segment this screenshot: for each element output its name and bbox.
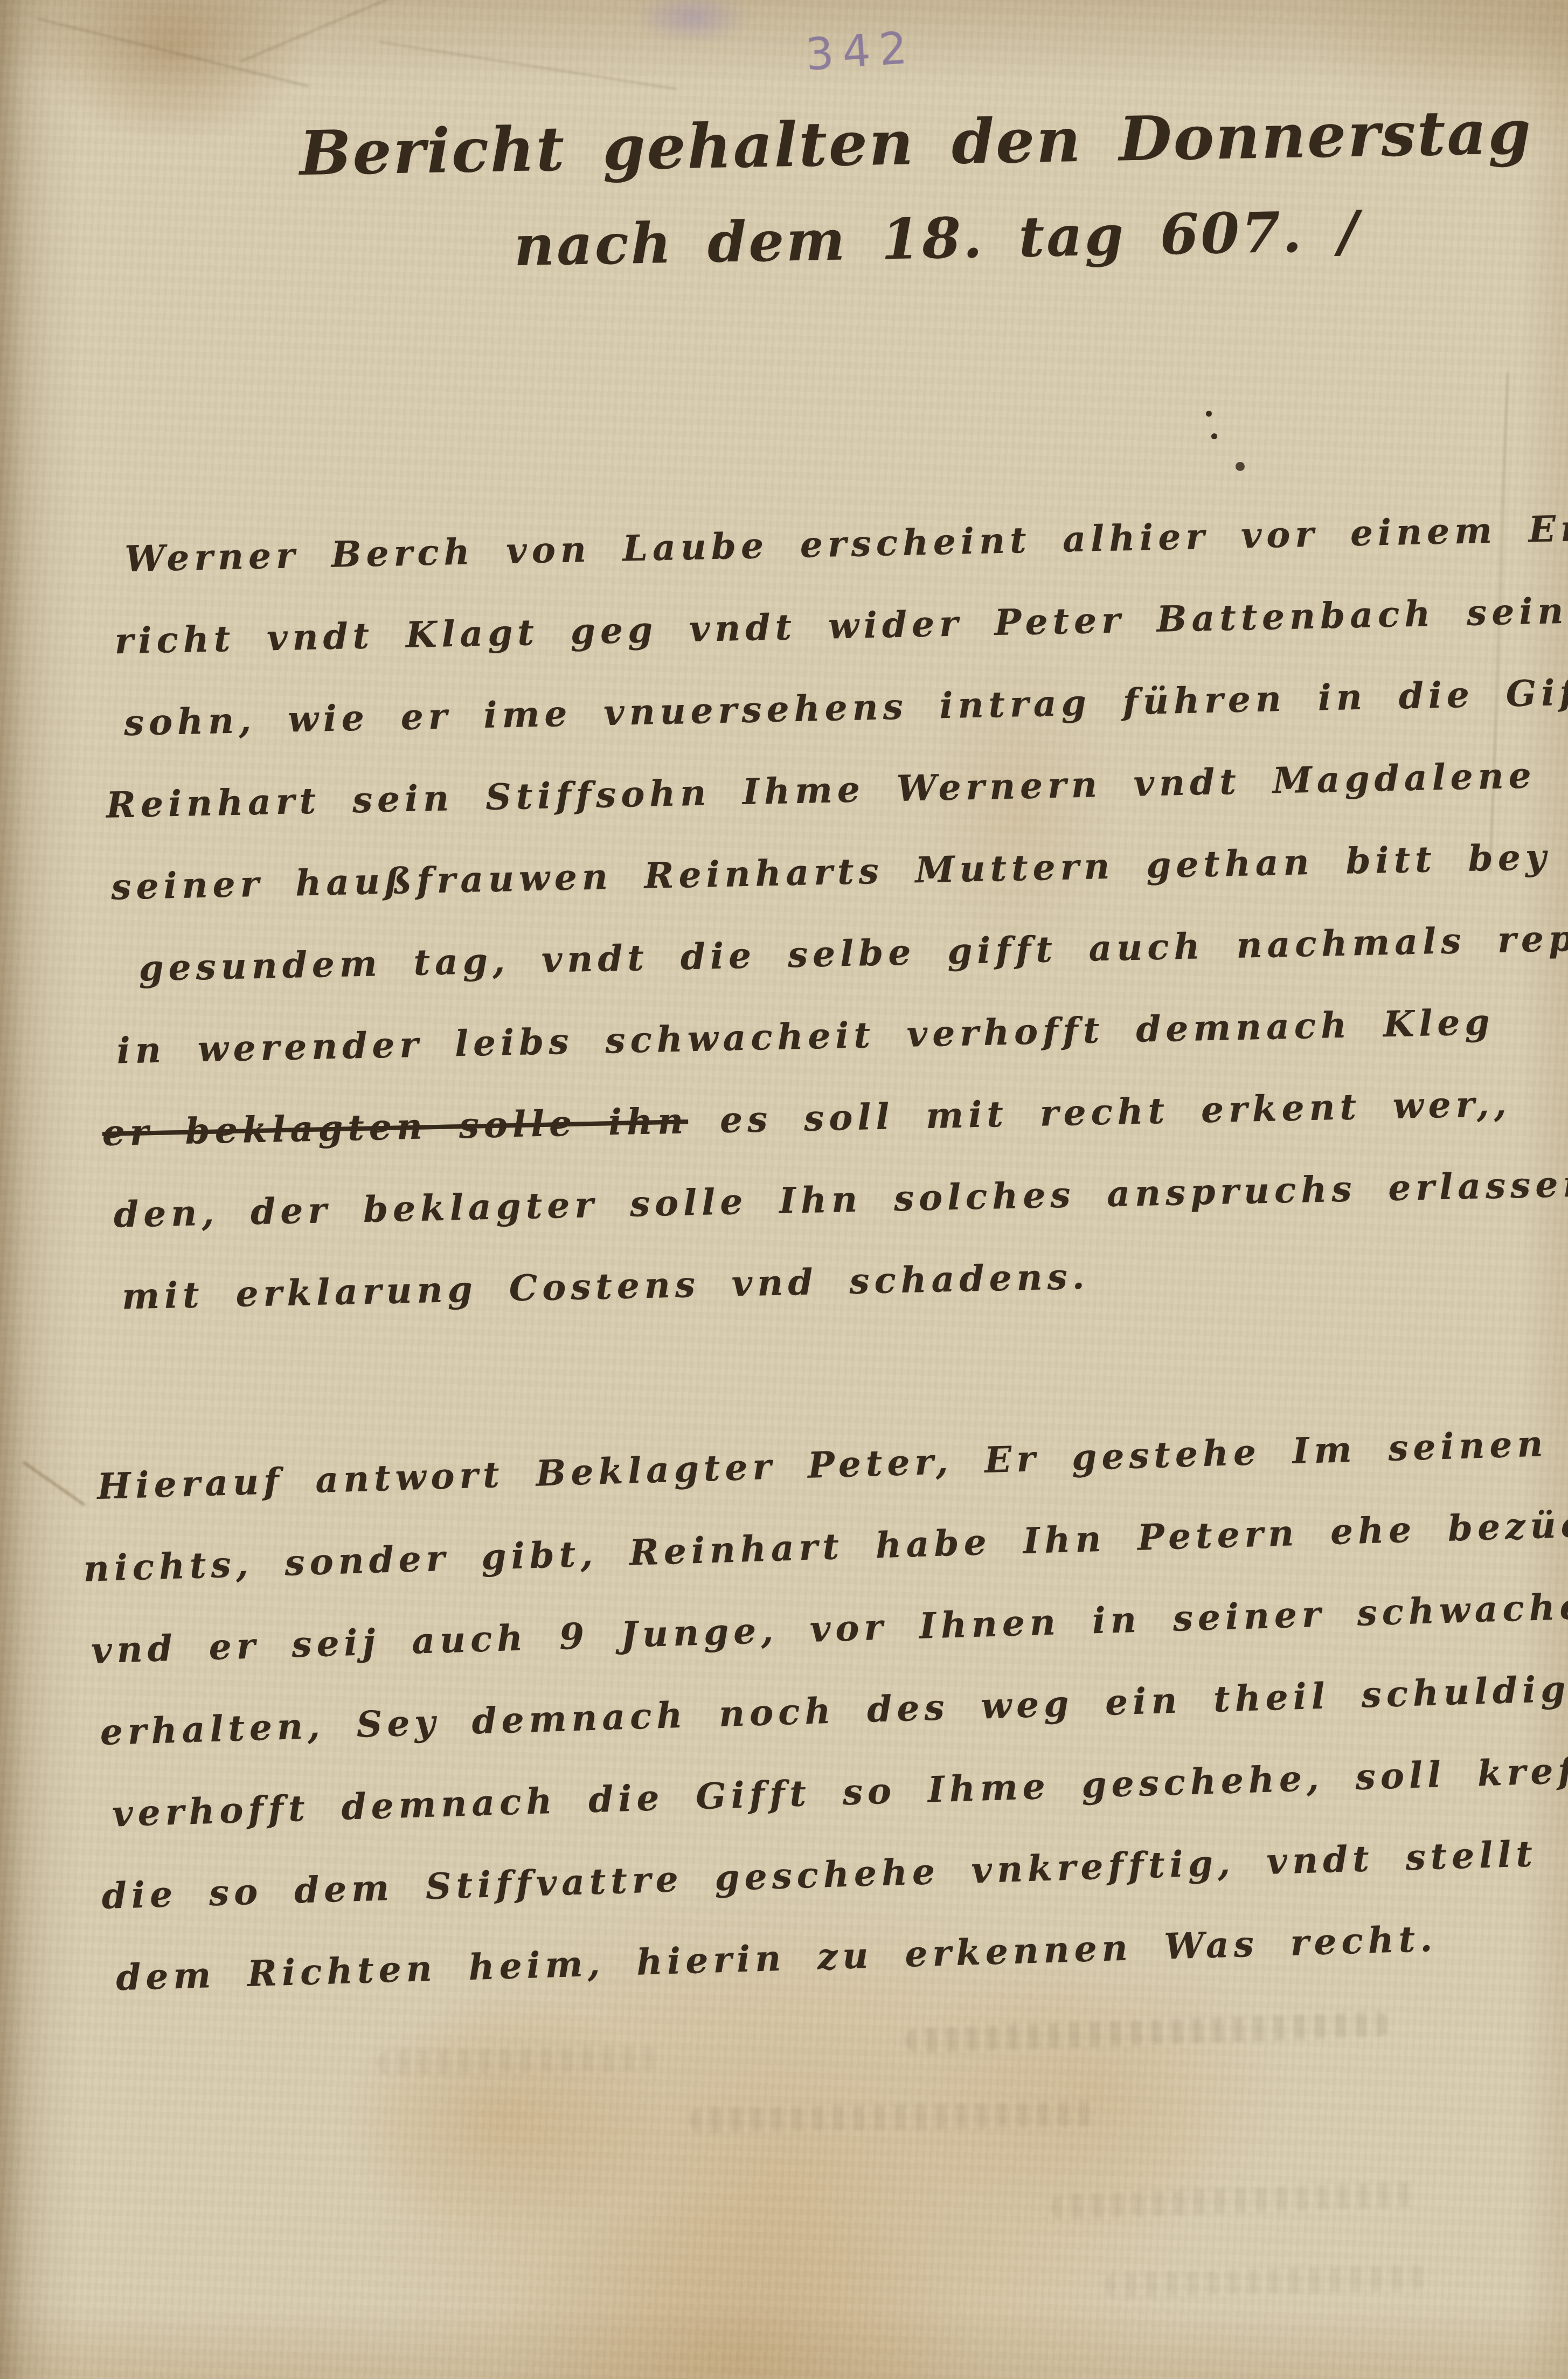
page-number: 342 (804, 22, 918, 81)
paper-crease (379, 41, 677, 90)
manuscript-page: 342 Bericht gehalten den Donnerstag nach… (0, 0, 1568, 2379)
paragraph-defendant-answer: Hierauf antwort Beklagter Peter, Er gest… (96, 1402, 1568, 2018)
line-continuation: es soll mit recht erkent wer,, (719, 1082, 1511, 1141)
show-through-marks (690, 2101, 1100, 2133)
violet-ink-smudge (636, 0, 749, 44)
show-through-marks (1105, 2265, 1428, 2298)
paragraph-plaintiff-claim: Werner Berch von Laube erscheint alhier … (96, 488, 1568, 1338)
torn-edge-fiber (22, 1461, 86, 1506)
show-through-marks (377, 2045, 658, 2075)
paper-crease (36, 17, 309, 87)
ink-dots (1206, 411, 1212, 417)
show-through-marks (905, 2011, 1390, 2053)
heading-line-1: Bericht gehalten den Donnerstag (299, 96, 1533, 189)
show-through-marks (1050, 2182, 1417, 2219)
heading: Bericht gehalten den Donnerstag nach dem… (299, 96, 1535, 282)
paper-crease (240, 0, 449, 63)
struck-text: er beklagten solle ihn (102, 1099, 689, 1154)
heading-line-2: nach dem 18. tag 607. / (514, 196, 1535, 279)
